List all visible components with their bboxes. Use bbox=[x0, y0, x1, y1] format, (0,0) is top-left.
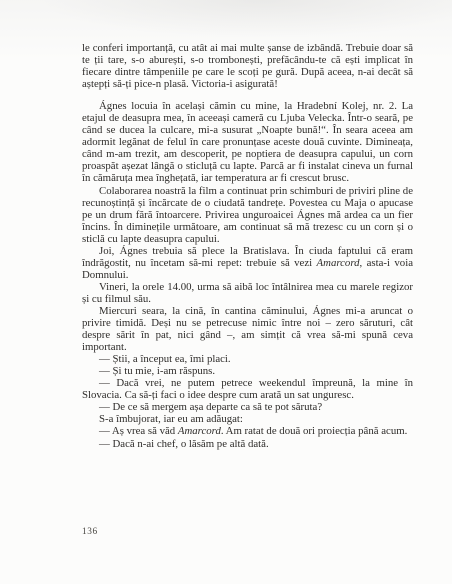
text-run: Colaborarea noastră la film a continuat … bbox=[82, 185, 413, 245]
book-page: le conferi importanță, cu atât ai mai mu… bbox=[0, 0, 452, 584]
text-run: le conferi importanță, cu atât ai mai mu… bbox=[82, 42, 413, 90]
text-run: Miercuri seara, la cină, în cantina cămi… bbox=[82, 305, 413, 353]
dialogue-line: — Dacă vrei, ne putem petrece weekendul … bbox=[82, 377, 413, 401]
text-run: — Și tu mie, i-am răspuns. bbox=[99, 365, 215, 377]
text-run: — Dacă n-ai chef, o lăsăm pe altă dată. bbox=[99, 438, 269, 450]
dialogue-line: — Dacă n-ai chef, o lăsăm pe altă dată. bbox=[82, 438, 413, 450]
paragraph: Vineri, la orele 14.00, urma să aibă loc… bbox=[82, 281, 413, 305]
page-number: 136 bbox=[82, 526, 98, 538]
paragraph: le conferi importanță, cu atât ai mai mu… bbox=[82, 42, 413, 90]
paragraph: Joi, Ágnes trebuia să plece la Bratislav… bbox=[82, 245, 413, 281]
paragraph: S-a îmbujorat, iar eu am adăugat: bbox=[82, 413, 413, 425]
paragraph: Miercuri seara, la cină, în cantina cămi… bbox=[82, 305, 413, 353]
dialogue-line: — Aș vrea să văd Amarcord. Am ratat de d… bbox=[82, 425, 413, 437]
text-run: S-a îmbujorat, iar eu am adăugat: bbox=[99, 413, 243, 425]
text-run: — Știi, a început ea, îmi placi. bbox=[99, 353, 231, 365]
dialogue-line: — Știi, a început ea, îmi placi. bbox=[82, 353, 413, 365]
body-text: le conferi importanță, cu atât ai mai mu… bbox=[82, 42, 413, 450]
paragraph: Colaborarea noastră la film a continuat … bbox=[82, 185, 413, 245]
text-run: Vineri, la orele 14.00, urma să aibă loc… bbox=[82, 281, 413, 305]
paragraph: Ágnes locuia în același cămin cu mine, l… bbox=[82, 100, 413, 184]
text-run: — Dacă vrei, ne putem petrece weekendul … bbox=[82, 377, 413, 401]
dialogue-line: — De ce să mergem așa departe ca să te p… bbox=[82, 401, 413, 413]
italic-book-title: Amarcord bbox=[317, 257, 360, 269]
text-run: . Am ratat de două ori proiecția până ac… bbox=[221, 425, 407, 437]
italic-book-title: Amarcord bbox=[178, 425, 221, 437]
text-run: — Aș vrea să văd bbox=[99, 425, 178, 437]
text-run: Ágnes locuia în același cămin cu mine, l… bbox=[82, 100, 413, 184]
dialogue-line: — Și tu mie, i-am răspuns. bbox=[82, 365, 413, 377]
text-run: — De ce să mergem așa departe ca să te p… bbox=[99, 401, 322, 413]
